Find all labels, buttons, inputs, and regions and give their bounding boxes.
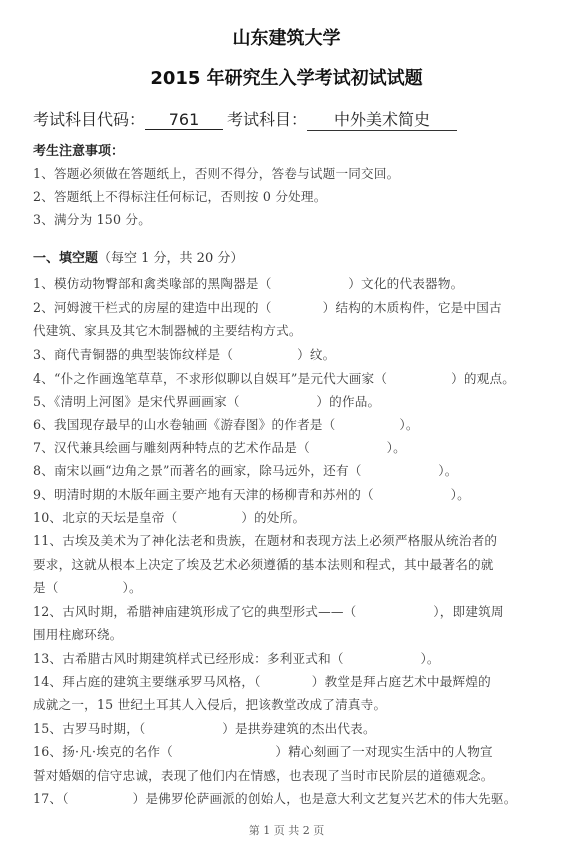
section-heading: 一、填空题（每空 1 分，共 20 分） [33,247,243,266]
question-line: 13、古希腊古风时期建筑样式已经形成：多利亚式和（ ）。 [33,648,440,667]
notice-item: 2、答题纸上不得标注任何标记，否则按 0 分处理。 [33,186,327,205]
question-line: 10、北京的天坛是皇帝（ ）的处所。 [33,507,305,526]
question-line: 6、我国现存最早的山水卷轴画《游春图》的作者是（ ）。 [33,414,419,433]
question-line: 要求，这就从根本上决定了埃及艺术必须遵循的基本法则和程式，其中最著名的就 [33,554,494,573]
question-line: 9、明清时期的木版年画主要产地有天津的杨柳青和苏州的（ ）。 [33,484,470,503]
question-line: 14、拜占庭的建筑主要继承罗马风格，（ ）教堂是拜占庭艺术中最辉煌的 [33,671,491,690]
question-line: 7、汉代兼具绘画与雕刻两种特点的艺术作品是（ ）。 [33,437,406,456]
subject-code-value: 761 [145,110,223,130]
section-note: （每空 1 分，共 20 分） [98,251,243,266]
question-line: 是（ ）。 [33,577,142,596]
question-line: 17、（ ）是佛罗伦萨画派的创始人，也是意大利文艺复兴艺术的伟大先驱。 [33,788,517,807]
question-line: 11、古埃及美术为了神化法老和贵族，在题材和表现方法上必须严格服从统治者的 [33,530,497,549]
subject-name-label: 考试科目： [227,107,307,130]
subject-code-label: 考试科目代码： [33,107,145,130]
question-line: 成就之一，15 世纪土耳其人入侵后，把该教堂改成了清真寺。 [33,694,386,713]
exam-title: 2015 年研究生入学考试初试试题 [0,64,573,90]
question-line: 2、河姆渡干栏式的房屋的建造中出现的（ ）结构的木质构件，它是中国古 [33,297,502,316]
question-line: 4、“仆之作画逸笔草草，不求形似聊以自娱耳”是元代大画家（ ）的观点。 [33,368,515,387]
question-line: 5、《清明上河图》是宋代界画画家（ ）的作品。 [33,391,380,410]
question-line: 围用柱廊环绕。 [33,624,123,643]
university-title: 山东建筑大学 [0,24,573,50]
question-line: 誓对婚姻的信守忠诚，表现了他们内在情感，也表现了当时市民阶层的道德观念。 [33,765,494,784]
question-line: 代建筑、家具及其它木制器械的主要结构方式。 [33,320,302,339]
subject-name-value: 中外美术简史 [307,107,457,131]
question-line: 16、扬·凡·埃克的名作（ ）精心刻画了一对现实生活中的人物宣 [33,741,493,760]
question-line: 3、商代青铜器的典型装饰纹样是（ ）纹。 [33,344,335,363]
notice-item: 1、答题必须做在答题纸上，否则不得分，答卷与试题一同交回。 [33,163,399,182]
question-line: 15、古罗马时期，（ ）是拱券建筑的杰出代表。 [33,718,376,737]
subject-info-row: 考试科目代码： 761 考试科目： 中外美术简史 [33,107,457,131]
notice-heading: 考生注意事项： [33,140,124,159]
page-footer: 第 1 页 共 2 页 [0,822,573,838]
question-line: 1、模仿动物臀部和禽类喙部的黑陶器是（ ）文化的代表器物。 [33,273,463,292]
question-line: 12、古风时期，希腊神庙建筑形成了它的典型形式——（ ），即建筑周 [33,601,504,620]
question-line: 8、南宋以画“边角之景”而著名的画家，除马远外，还有（ ）。 [33,460,458,479]
section-title: 一、填空题 [33,251,98,266]
notice-item: 3、满分为 150 分。 [33,209,151,228]
